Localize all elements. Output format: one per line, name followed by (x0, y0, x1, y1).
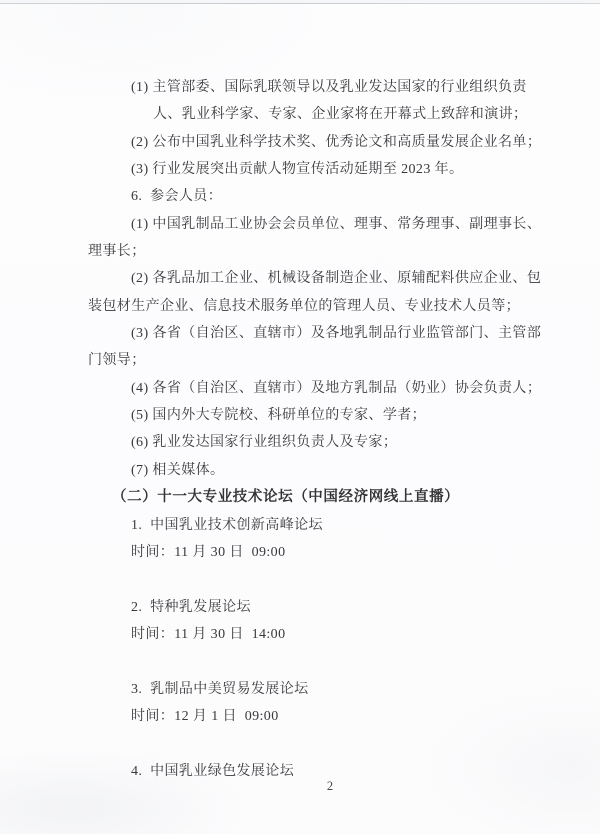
text-line-forum3-time: 时间：12 月 1 日 09:00 (88, 703, 540, 730)
text-line-item1: (1) 主管部委、国际乳联领导以及乳业发达国家的行业组织负责 (88, 74, 540, 101)
text-line-forum2-time: 时间：11 月 30 日 14:00 (88, 621, 540, 648)
blank-line (88, 648, 540, 675)
text-line-participants-head: 6. 参会人员： (88, 183, 540, 210)
text-line-p2-cont: 装包材生产企业、信息技术服务单位的管理人员、专业技术人员等； (88, 293, 540, 320)
scan-edge-line (0, 3, 600, 4)
text-line-p1: (1) 中国乳制品工业协会会员单位、理事、常务理事、副理事长、 (88, 211, 540, 238)
text-line-p2: (2) 各乳品加工企业、机械设备制造企业、原辅配料供应企业、包 (88, 265, 540, 292)
scanned-document-page: (1) 主管部委、国际乳联领导以及乳业发达国家的行业组织负责 人、乳业科学家、专… (0, 0, 600, 834)
text-line-p3: (3) 各省（自治区、直辖市）及各地乳制品行业监管部门、主管部 (88, 320, 540, 347)
blank-line (88, 566, 540, 593)
text-line-p3-cont: 门领导； (88, 347, 540, 374)
text-line-p1-cont: 理事长； (88, 238, 540, 265)
text-line-p5: (5) 国内外大专院校、科研单位的专家、学者； (88, 402, 540, 429)
document-body: (1) 主管部委、国际乳联领导以及乳业发达国家的行业组织负责 人、乳业科学家、专… (88, 74, 540, 785)
text-line-item3: (3) 行业发展突出贡献人物宣传活动延期至 2023 年。 (88, 156, 540, 183)
text-line-item2: (2) 公布中国乳业科学技术奖、优秀论文和高质量发展企业名单； (88, 129, 540, 156)
text-line-forum1-time: 时间：11 月 30 日 09:00 (88, 539, 540, 566)
text-line-p4: (4) 各省（自治区、直辖市）及地方乳制品（奶业）协会负责人； (88, 375, 540, 402)
text-line-forum3-title: 3. 乳制品中美贸易发展论坛 (88, 676, 540, 703)
text-line-forum2-title: 2. 特种乳发展论坛 (88, 594, 540, 621)
page-number: 2 (88, 779, 540, 794)
section-heading-forums: （二）十一大专业技术论坛（中国经济网线上直播） (88, 484, 540, 511)
text-line-p6: (6) 乳业发达国家行业组织负责人及专家； (88, 429, 540, 456)
text-line-p7: (7) 相关媒体。 (88, 457, 540, 484)
text-line-item1-cont: 人、乳业科学家、专家、企业家将在开幕式上致辞和演讲； (88, 101, 540, 128)
blank-line (88, 730, 540, 757)
text-line-forum1-title: 1. 中国乳业技术创新高峰论坛 (88, 512, 540, 539)
